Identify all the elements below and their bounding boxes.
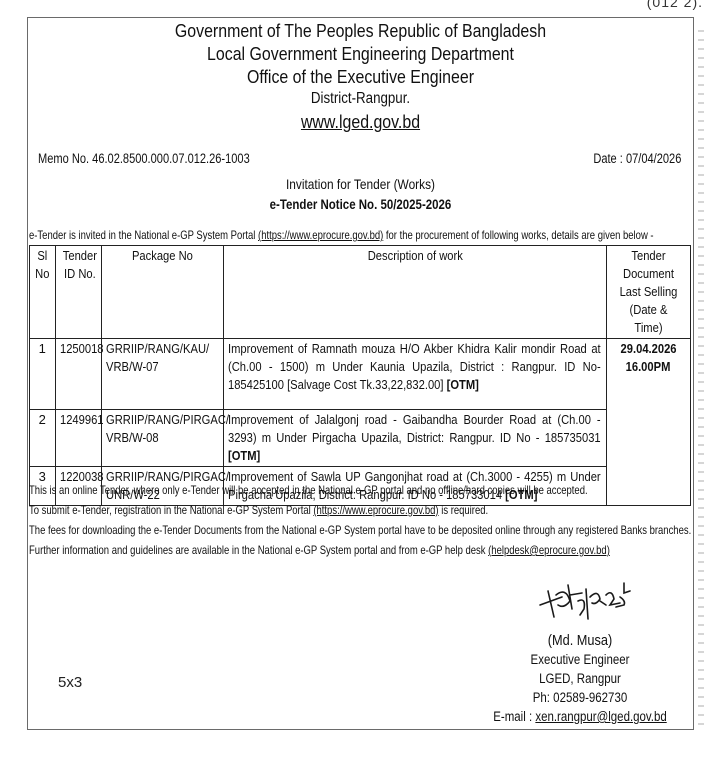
- notice-date: Date : 07/04/2026: [593, 151, 681, 166]
- adjacent-page-edge: [698, 30, 704, 730]
- signature-block: (Md. Musa) Executive Engineer LGED, Rang…: [475, 575, 685, 726]
- helpdesk-email-link[interactable]: (helpdesk@eprocure.gov.bd): [488, 543, 610, 557]
- memo-label: Memo No.: [38, 151, 89, 166]
- tender-table: Sl No Tender ID No. Package No Descripti…: [29, 245, 691, 506]
- header-tender-id: Tender ID No.: [55, 246, 102, 339]
- signature-image: [475, 575, 685, 631]
- intro-paragraph: e-Tender is invited in the National e-GP…: [29, 228, 654, 242]
- header-last-selling: Tender Document Last Selling (Date & Tim…: [607, 246, 691, 339]
- tender-notes: This is an online Tender, where only e-T…: [29, 480, 691, 560]
- corner-fragment-text: (012 2).: [647, 0, 703, 10]
- signatory-phone: Ph: 02589-962730: [491, 688, 670, 707]
- letterhead-office: Office of the Executive Engineer: [75, 66, 647, 88]
- signatory-office: LGED, Rangpur: [491, 669, 670, 688]
- note-helpdesk: Further information and guidelines are a…: [29, 540, 691, 560]
- signatory-email-link[interactable]: xen.rangpur@lged.gov.bd: [535, 709, 666, 724]
- otm-tag: [OTM]: [447, 377, 479, 392]
- cell-sl: 1: [30, 339, 56, 410]
- header-description: Description of work: [224, 246, 607, 339]
- notice-title: Invitation for Tender (Works): [78, 176, 643, 192]
- notice-number: e-Tender Notice No. 50/2025-2026: [88, 196, 633, 212]
- header-sl-no: Sl No: [30, 246, 56, 339]
- letterhead-website-link[interactable]: www.lged.gov.bd: [75, 111, 647, 133]
- otm-tag: [OTM]: [228, 448, 260, 463]
- cell-tender-id: 1249961: [55, 410, 102, 467]
- intro-text-before: e-Tender is invited in the National e-GP…: [29, 228, 258, 242]
- cell-package: GRRIIP/RANG/PIRGAC/ VRB/W-08: [102, 410, 224, 467]
- letterhead-department: Local Government Engineering Department: [75, 43, 647, 65]
- letterhead-district: District-Rangpur.: [75, 90, 647, 108]
- ad-size-code: 5x3: [58, 674, 82, 691]
- memo-number: Memo No. 46.02.8500.000.07.012.26-1003: [38, 151, 250, 166]
- handwritten-signature-icon: [520, 575, 640, 631]
- date-value: 07/04/2026: [626, 151, 681, 166]
- signatory-email: E-mail : xen.rangpur@lged.gov.bd: [491, 707, 670, 726]
- header-package-no: Package No: [102, 246, 224, 339]
- signatory-designation: Executive Engineer: [491, 650, 670, 669]
- tender-notice-frame: Government of The Peoples Republic of Ba…: [27, 17, 694, 730]
- cell-sl: 2: [30, 410, 56, 467]
- eprocure-portal-link[interactable]: (https://www.eprocure.gov.bd): [258, 228, 383, 242]
- intro-text-after: for the procurement of following works, …: [383, 228, 653, 242]
- note-registration: To submit e-Tender, registration in the …: [29, 500, 691, 520]
- date-label: Date :: [593, 151, 623, 166]
- note-online-only: This is an online Tender, where only e-T…: [29, 480, 691, 500]
- cell-description: Improvement of Ramnath mouza H/O Akber K…: [224, 339, 607, 410]
- cell-tender-id: 1250018: [55, 339, 102, 410]
- deadline-date: 29.04.2026: [621, 340, 677, 358]
- registration-portal-link[interactable]: (https://www.eprocure.gov.bd): [313, 503, 438, 517]
- cell-description: Improvement of Jalalgonj road - Gaibandh…: [224, 410, 607, 467]
- deadline-time: 16.00PM: [626, 358, 671, 376]
- table-row: 1 1250018 GRRIIP/RANG/KAU/ VRB/W-07 Impr…: [30, 339, 691, 410]
- table-row: 2 1249961 GRRIIP/RANG/PIRGAC/ VRB/W-08 I…: [30, 410, 691, 467]
- note-fees: The fees for downloading the e-Tender Do…: [29, 520, 691, 540]
- signatory-name: (Md. Musa): [491, 631, 670, 650]
- letterhead-government: Government of The Peoples Republic of Ba…: [75, 20, 647, 42]
- cell-package: GRRIIP/RANG/KAU/ VRB/W-07: [102, 339, 224, 410]
- memo-value: 46.02.8500.000.07.012.26-1003: [92, 151, 250, 166]
- table-header-row: Sl No Tender ID No. Package No Descripti…: [30, 246, 691, 339]
